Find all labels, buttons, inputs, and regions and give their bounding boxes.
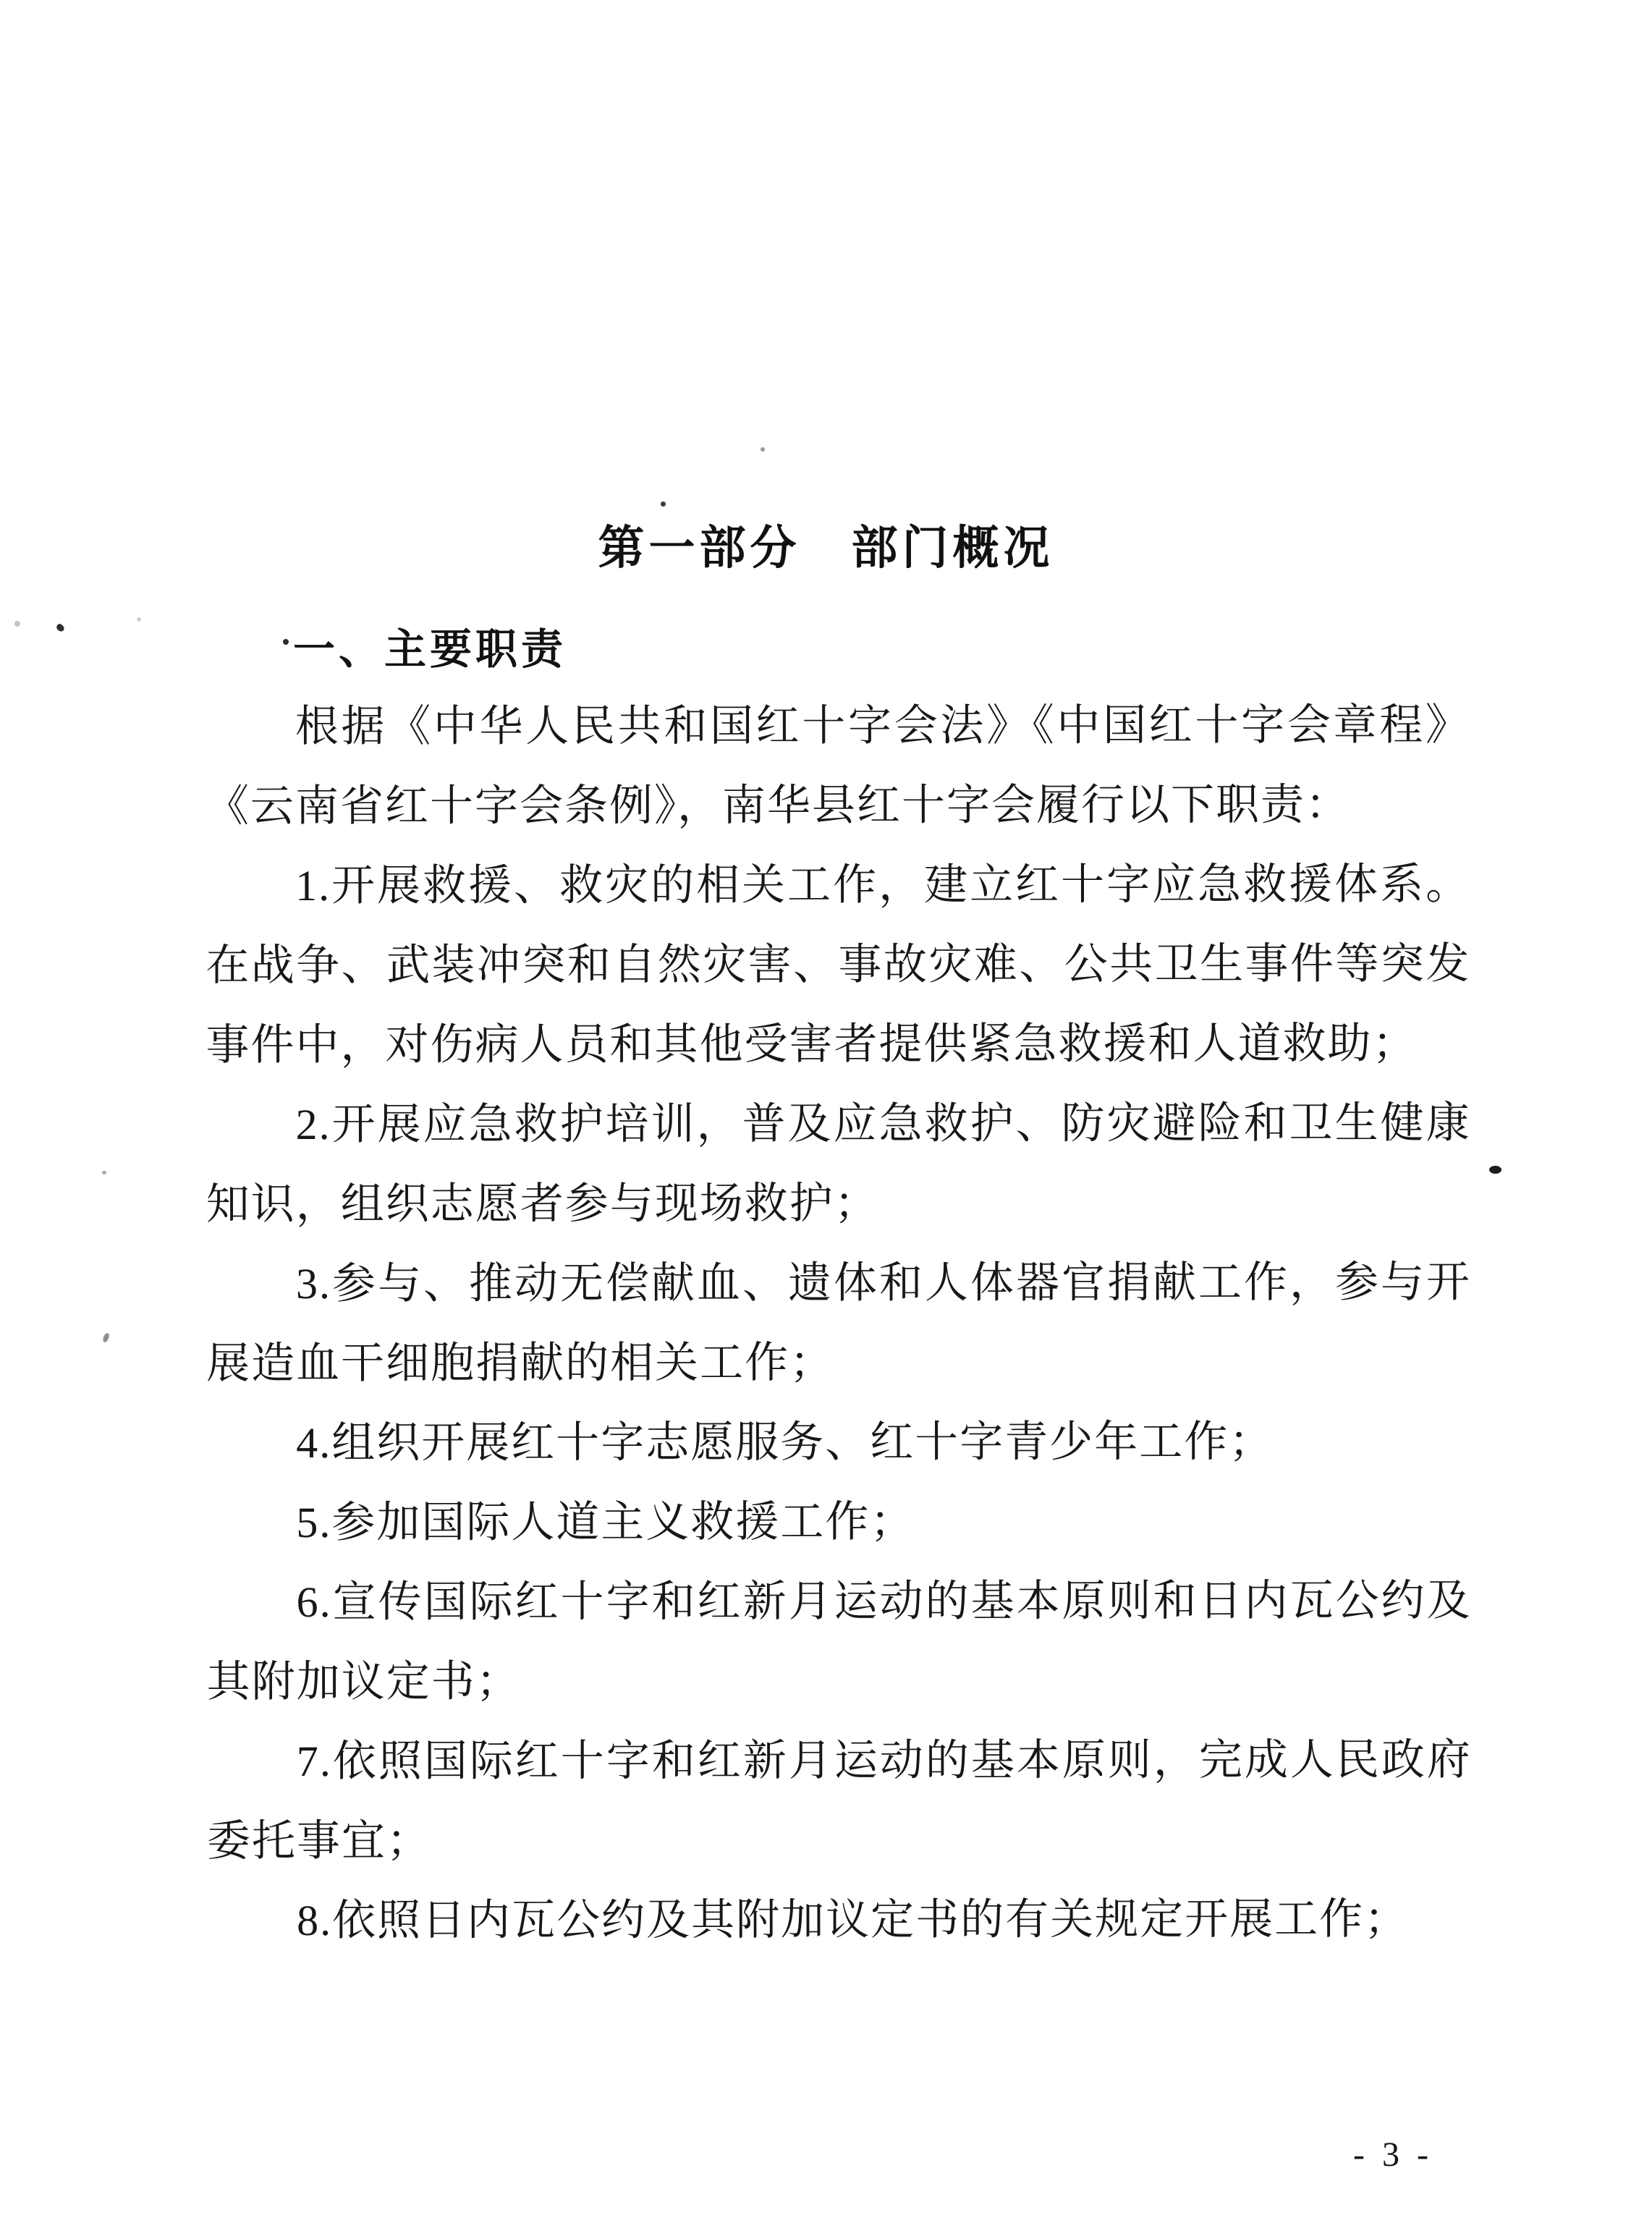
page-number: - 3 -: [1353, 2135, 1433, 2175]
scan-artifact-speck: [137, 617, 141, 622]
document-title: 第一部分 部门概况: [0, 511, 1652, 577]
body-text-block: 根据《中华人民共和国红十字会法》《中国红十字会章程》《云南省红十字会条例》，南华…: [206, 685, 1472, 1960]
duty-item-1: 1.开展救援、救灾的相关工作，建立红十字应急救援体系。在战争、武装冲突和自然灾害…: [206, 844, 1470, 1085]
scan-artifact-speck: [55, 623, 65, 633]
duty-item-7: 7.依照国际红十字和红新月运动的基本原则，完成人民政府委托事宜；: [207, 1720, 1472, 1881]
duty-item-8: 8.依照日内瓦公约及其附加议定书的有关规定开展工作；: [207, 1879, 1472, 1960]
duty-item-4: 4.组织开展红十字志愿服务、红十字青少年工作；: [206, 1402, 1471, 1483]
duty-item-6: 6.宣传国际红十字和红新月运动的基本原则和日内瓦公约及其附加议定书；: [206, 1561, 1471, 1722]
scan-artifact-speck: [761, 447, 765, 452]
document-page: 第一部分 部门概况 一、主要职责 根据《中华人民共和国红十字会法》《中国红十字会…: [0, 0, 1652, 2223]
scan-artifact-speck: [661, 501, 666, 507]
scan-artifact-speck: [102, 1332, 110, 1343]
scan-artifact-speck: [102, 1171, 106, 1174]
scan-artifact-speck: [1489, 1166, 1501, 1174]
duty-item-3: 3.参与、推动无偿献血、遗体和人体器官捐献工作，参与开展造血干细胞捐献的相关工作…: [206, 1242, 1471, 1403]
section-heading-main-duties: 一、主要职责: [293, 615, 567, 676]
duty-item-2: 2.开展应急救护培训，普及应急救护、防灾避险和卫生健康知识，组织志愿者参与现场救…: [206, 1083, 1471, 1244]
scan-artifact-speck: [14, 621, 20, 627]
intro-paragraph: 根据《中华人民共和国红十字会法》《中国红十字会章程》《云南省红十字会条例》，南华…: [206, 685, 1470, 846]
duty-item-5: 5.参加国际人道主义救援工作；: [206, 1481, 1471, 1562]
scan-artifact-speck: [283, 639, 289, 645]
